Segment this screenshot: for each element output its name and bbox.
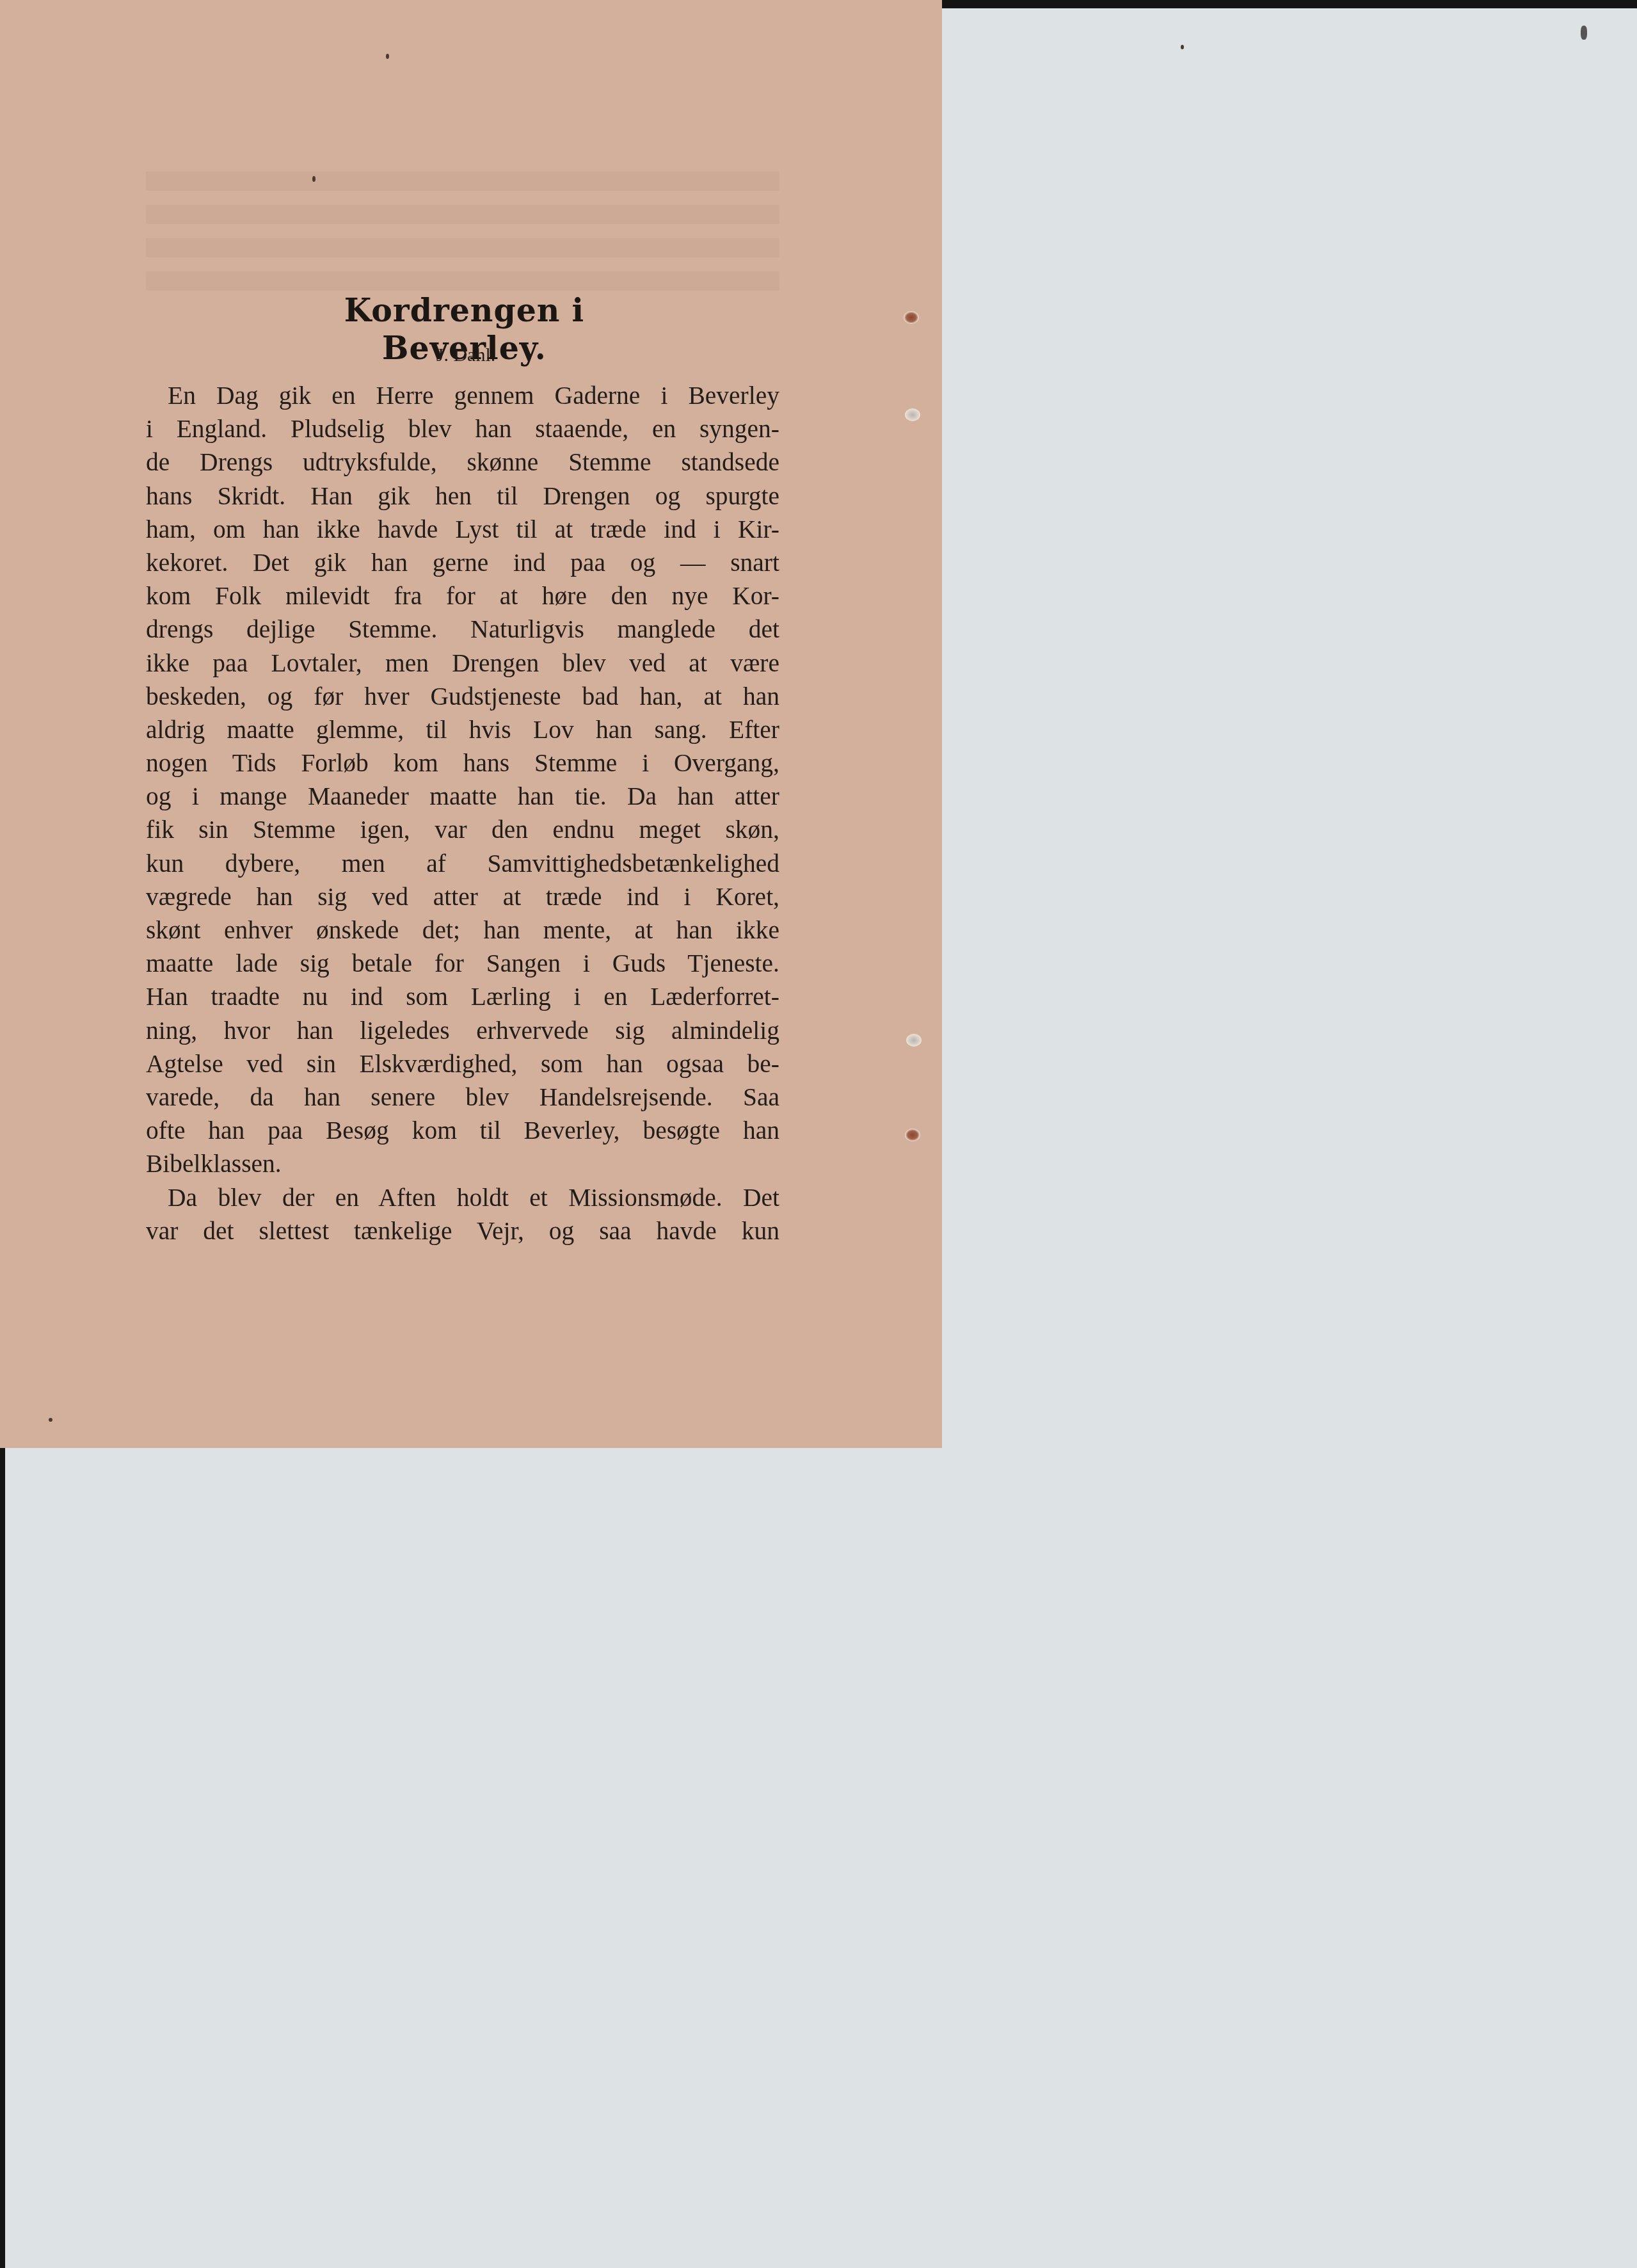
scanner-debris	[1581, 26, 1587, 40]
text-line: ikke paa Lovtaler, men Drengen blev ved …	[146, 647, 779, 680]
text-line: ning, hvor han ligeledes erhvervede sig …	[146, 1014, 779, 1047]
text-line: kom Folk milevidt fra for at høre den ny…	[146, 579, 779, 613]
text-line: Agtelse ved sin Elskværdighed, som han o…	[146, 1047, 779, 1081]
text-line: nogen Tids Forløb kom hans Stemme i Over…	[146, 746, 779, 780]
bleed-through-mark	[146, 238, 779, 257]
bleed-through-mark	[146, 205, 779, 224]
dust-speck	[49, 1418, 52, 1422]
bleed-through-mark	[146, 172, 779, 191]
punch-hole	[906, 1034, 922, 1047]
text-line: Han traadte nu ind som Lærling i en Læde…	[146, 980, 779, 1013]
text-line: Bibelklassen.	[146, 1147, 779, 1180]
scanner-edge-left	[0, 1448, 5, 2268]
punch-hole	[905, 408, 920, 421]
text-line: kekoret. Det gik han gerne ind paa og — …	[146, 546, 779, 579]
text-line: varede, da han senere blev Handelsrejsen…	[146, 1081, 779, 1114]
punch-hole	[905, 1129, 920, 1141]
text-line: fik sin Stemme igen, var den endnu meget…	[146, 813, 779, 846]
text-line: kun dybere, men af Samvittighedsbetænkel…	[146, 847, 779, 880]
article-body: En Dag gik en Herre gennem Gaderne i Bev…	[146, 379, 779, 1248]
text-line: maatte lade sig betale for Sangen i Guds…	[146, 947, 779, 980]
text-line: Da blev der en Aften holdt et Missionsmø…	[146, 1181, 779, 1214]
text-line: de Drengs udtryksfulde, skønne Stemme st…	[146, 446, 779, 479]
dust-speck	[312, 176, 315, 182]
text-line: skønt enhver ønskede det; han mente, at …	[146, 913, 779, 947]
text-line: ofte han paa Besøg kom til Beverley, bes…	[146, 1114, 779, 1147]
author-line: J. Dahl.	[402, 344, 530, 366]
text-line: var det slettest tænkelige Vejr, og saa …	[146, 1214, 779, 1248]
text-line: i England. Pludselig blev han staaende, …	[146, 412, 779, 446]
scanner-edge-top	[941, 0, 1637, 8]
text-line: drengs dejlige Stemme. Naturligvis mangl…	[146, 613, 779, 646]
scanned-page: Kordrengen i Beverley. J. Dahl. En Dag g…	[0, 0, 942, 1448]
text-line: beskeden, og før hver Gudstjeneste bad h…	[146, 680, 779, 713]
text-line: ham, om han ikke havde Lyst til at træde…	[146, 513, 779, 546]
dust-speck	[386, 54, 389, 59]
text-line: hans Skridt. Han gik hen til Drengen og …	[146, 479, 779, 513]
text-line: aldrig maatte glemme, til hvis Lov han s…	[146, 713, 779, 746]
text-line: og i mange Maaneder maatte han tie. Da h…	[146, 780, 779, 813]
text-line: vægrede han sig ved atter at træde ind i…	[146, 880, 779, 913]
dust-speck	[1181, 45, 1184, 49]
punch-hole	[904, 311, 919, 324]
text-line: En Dag gik en Herre gennem Gaderne i Bev…	[146, 379, 779, 412]
bleed-through-mark	[146, 271, 779, 291]
